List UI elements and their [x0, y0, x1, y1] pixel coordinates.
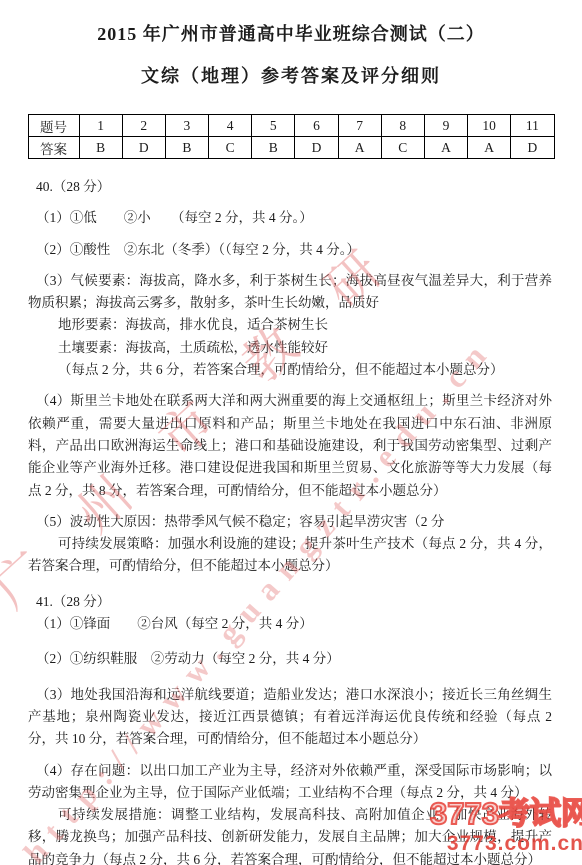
q40-part4: （4）斯里兰卡地处在联系两大洋和两大洲重要的海上交通枢纽上；斯里兰卡经济对外依赖…	[28, 390, 552, 501]
question-number-cell: 7	[338, 115, 381, 137]
question-number-cell: 5	[252, 115, 295, 137]
question-number-cell: 9	[424, 115, 467, 137]
answers-body: 40.（28 分） （1）①低 ②小 （每空 2 分，共 4 分。） （2）①酸…	[28, 176, 552, 865]
q40-part3-soil: 土壤要素：海拔高，土质疏松，透水性能较好	[58, 337, 552, 359]
page-title: 2015 年广州市普通高中毕业班综合测试（二）	[0, 20, 582, 46]
q40-part3-scoring: （每点 2 分，共 6 分，若答案合理，可酌情给分，但不能超过本小题总分）	[58, 359, 552, 381]
logo-site-name: 3773考试网	[430, 796, 582, 831]
logo-site-domain: 3773.com.cn	[430, 833, 582, 854]
question-number-cell: 3	[165, 115, 208, 137]
question-number-cell: 10	[468, 115, 511, 137]
exam-answer-sheet-page: 广州市教研 http://www.guangztr.edu.cn 2015 年广…	[0, 0, 582, 865]
question-number-cell: 4	[209, 115, 252, 137]
answer-cell: B	[165, 137, 208, 159]
page-subtitle: 文综（地理）参考答案及评分细则	[0, 62, 582, 88]
q40-part3-terrain: 地形要素：海拔高，排水优良，适合茶树生长	[58, 314, 552, 336]
question-number-cell: 8	[381, 115, 424, 137]
q40-part5-cause: （5）波动性大原因：热带季风气候不稳定；容易引起旱涝灾害（2 分	[28, 511, 552, 533]
answer-cell: C	[381, 137, 424, 159]
answer-cell: A	[338, 137, 381, 159]
answer-cell: A	[424, 137, 467, 159]
watermark-logo: 3773考试网 3773.com.cn	[430, 798, 582, 854]
question-number-cell: 11	[511, 115, 554, 137]
answer-cell: B	[79, 137, 122, 159]
answer-cell: A	[468, 137, 511, 159]
question-40-section: 40.（28 分） （1）①低 ②小 （每空 2 分，共 4 分。） （2）①酸…	[28, 176, 552, 578]
answer-cell: D	[295, 137, 338, 159]
q41-part3: （3）地处我国沿海和远洋航线要道；造船业发达；港口水深浪小；接近长三角丝绸生产基…	[28, 684, 552, 751]
question-41-heading: 41.（28 分）	[36, 591, 552, 613]
answer-cell: B	[252, 137, 295, 159]
answer-row: 答案 B D B C B D A C A A D	[28, 137, 554, 159]
q41-part1: （1）①锋面 ②台风（每空 2 分，共 4 分）	[28, 613, 552, 635]
answer-cell: D	[511, 137, 554, 159]
answer-row-label: 答案	[28, 137, 79, 159]
answer-cell: D	[122, 137, 165, 159]
answer-table: 题号 1 2 3 4 5 6 7 8 9 10 11 答案 B D B C B …	[28, 114, 555, 159]
q40-part5-strategy: 可持续发展策略：加强水利设施的建设；提升茶叶生产技术（每点 2 分，共 4 分，…	[28, 533, 552, 578]
q40-part3-climate: （3）气候要素：海拔高，降水多，利于茶树生长；海拔高昼夜气温差异大，利于营养物质…	[28, 270, 552, 315]
question-number-cell: 6	[295, 115, 338, 137]
question-40-heading: 40.（28 分）	[36, 176, 552, 198]
answer-cell: C	[209, 137, 252, 159]
q40-part1: （1）①低 ②小 （每空 2 分，共 4 分。）	[28, 207, 552, 229]
q40-part2: （2）①酸性 ②东北（冬季）（（每空 2 分，共 4 分。）	[28, 239, 552, 261]
question-number-cell: 2	[122, 115, 165, 137]
q41-part2: （2）①纺织鞋服 ②劳动力（每空 2 分，共 4 分）	[28, 648, 552, 670]
question-number-cell: 1	[79, 115, 122, 137]
question-number-row: 题号 1 2 3 4 5 6 7 8 9 10 11	[28, 115, 554, 137]
question-number-row-label: 题号	[28, 115, 79, 137]
